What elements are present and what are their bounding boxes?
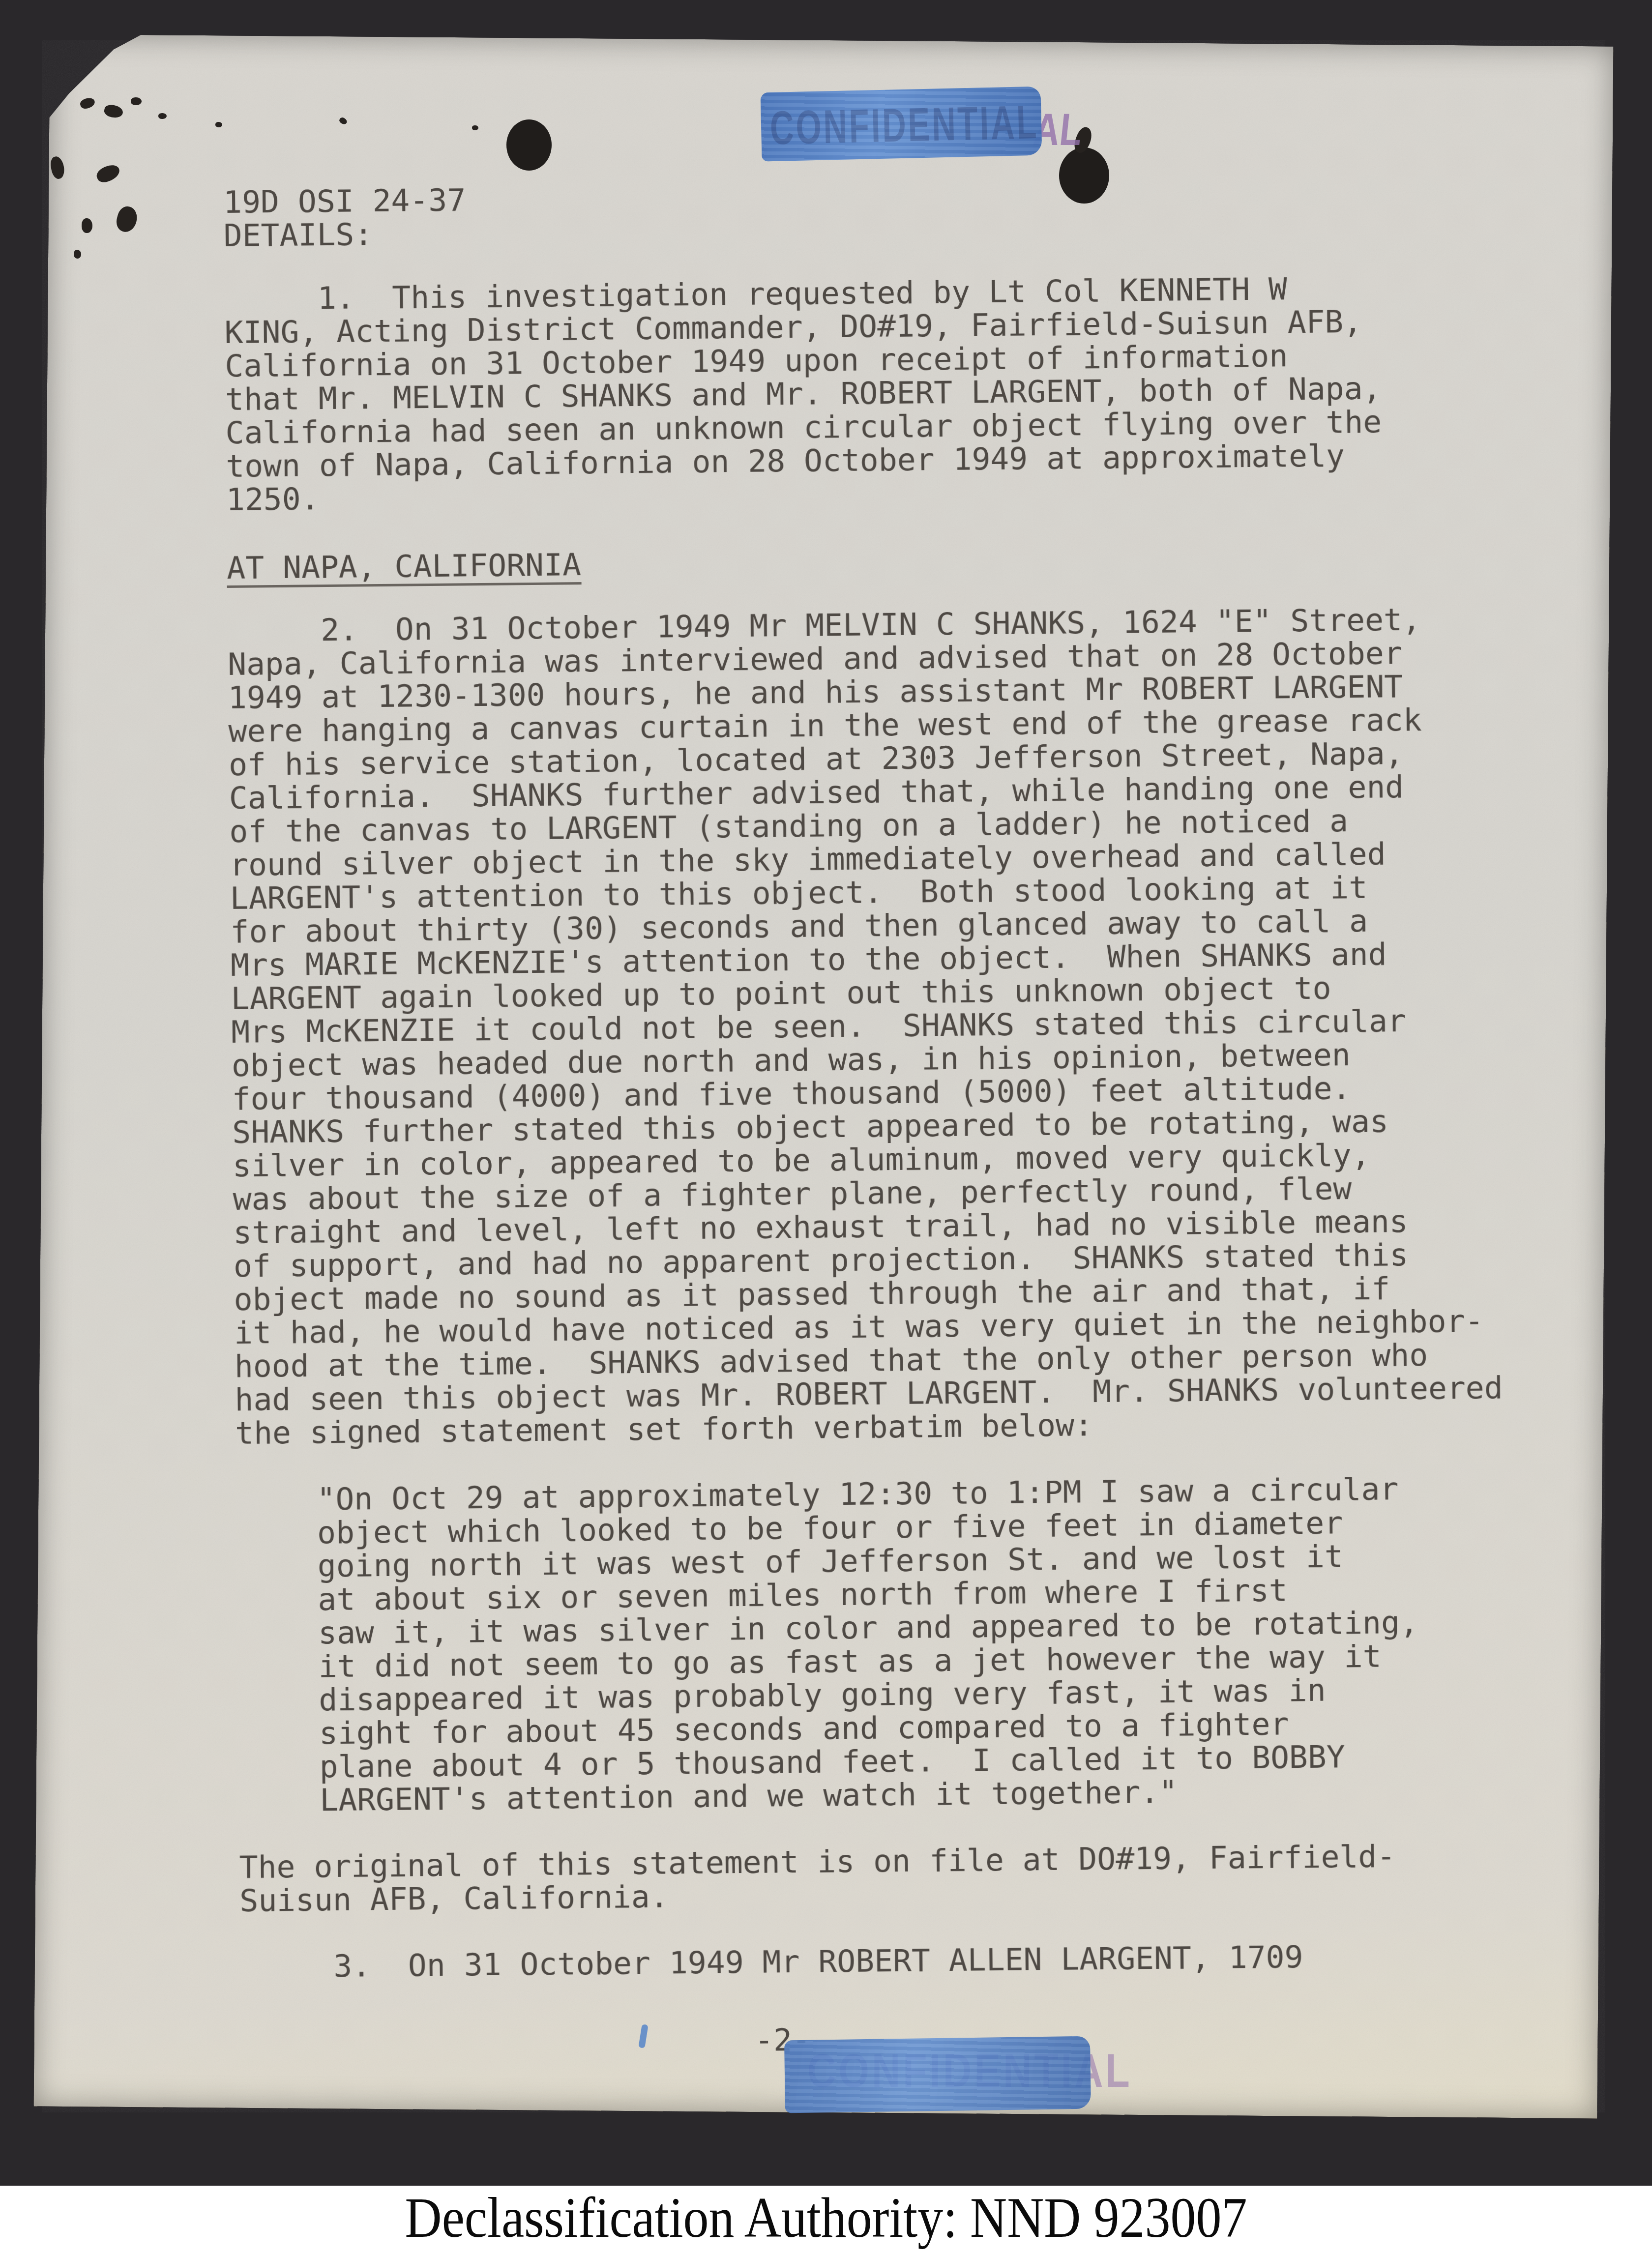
file-reference: 19D OSI 24-37 DETAILS: [223, 183, 466, 253]
section-heading-text: AT NAPA, CALIFORNIA [227, 548, 581, 588]
blue-marker-redaction-bottom [784, 2036, 1091, 2113]
scanned-document-page: AL CONFIDENTIAL 19D OSI 24-37 DETAILS: 1… [0, 0, 1652, 2254]
details-label: DETAILS: [223, 217, 466, 253]
paragraph-3: 3. On 31 October 1949 Mr ROBERT ALLEN LA… [240, 1940, 1303, 1984]
paragraph-2: 2. On 31 October 1949 Mr MELVIN C SHANKS… [227, 602, 1503, 1450]
file-ref-line: 19D OSI 24-37 [223, 183, 466, 219]
typewritten-content: 19D OSI 24-37 DETAILS: 1. This investiga… [0, 0, 1652, 2254]
section-heading: AT NAPA, CALIFORNIA [227, 548, 581, 588]
crayon-texture [784, 2036, 1091, 2113]
declassification-authority-text: Declassification Authority: NND 923007 [0, 2182, 1652, 2254]
typed-line: 3. On 31 October 1949 Mr ROBERT ALLEN LA… [240, 1940, 1303, 1984]
declassification-footer: Declassification Authority: NND 923007 [0, 2186, 1652, 2254]
witness-statement-quote: "On Oct 29 at approximately 12:30 to 1:P… [317, 1472, 1420, 1817]
file-note: The original of this statement is on fil… [239, 1840, 1396, 1918]
paragraph-1: 1. This investigation requested by Lt Co… [224, 271, 1383, 517]
